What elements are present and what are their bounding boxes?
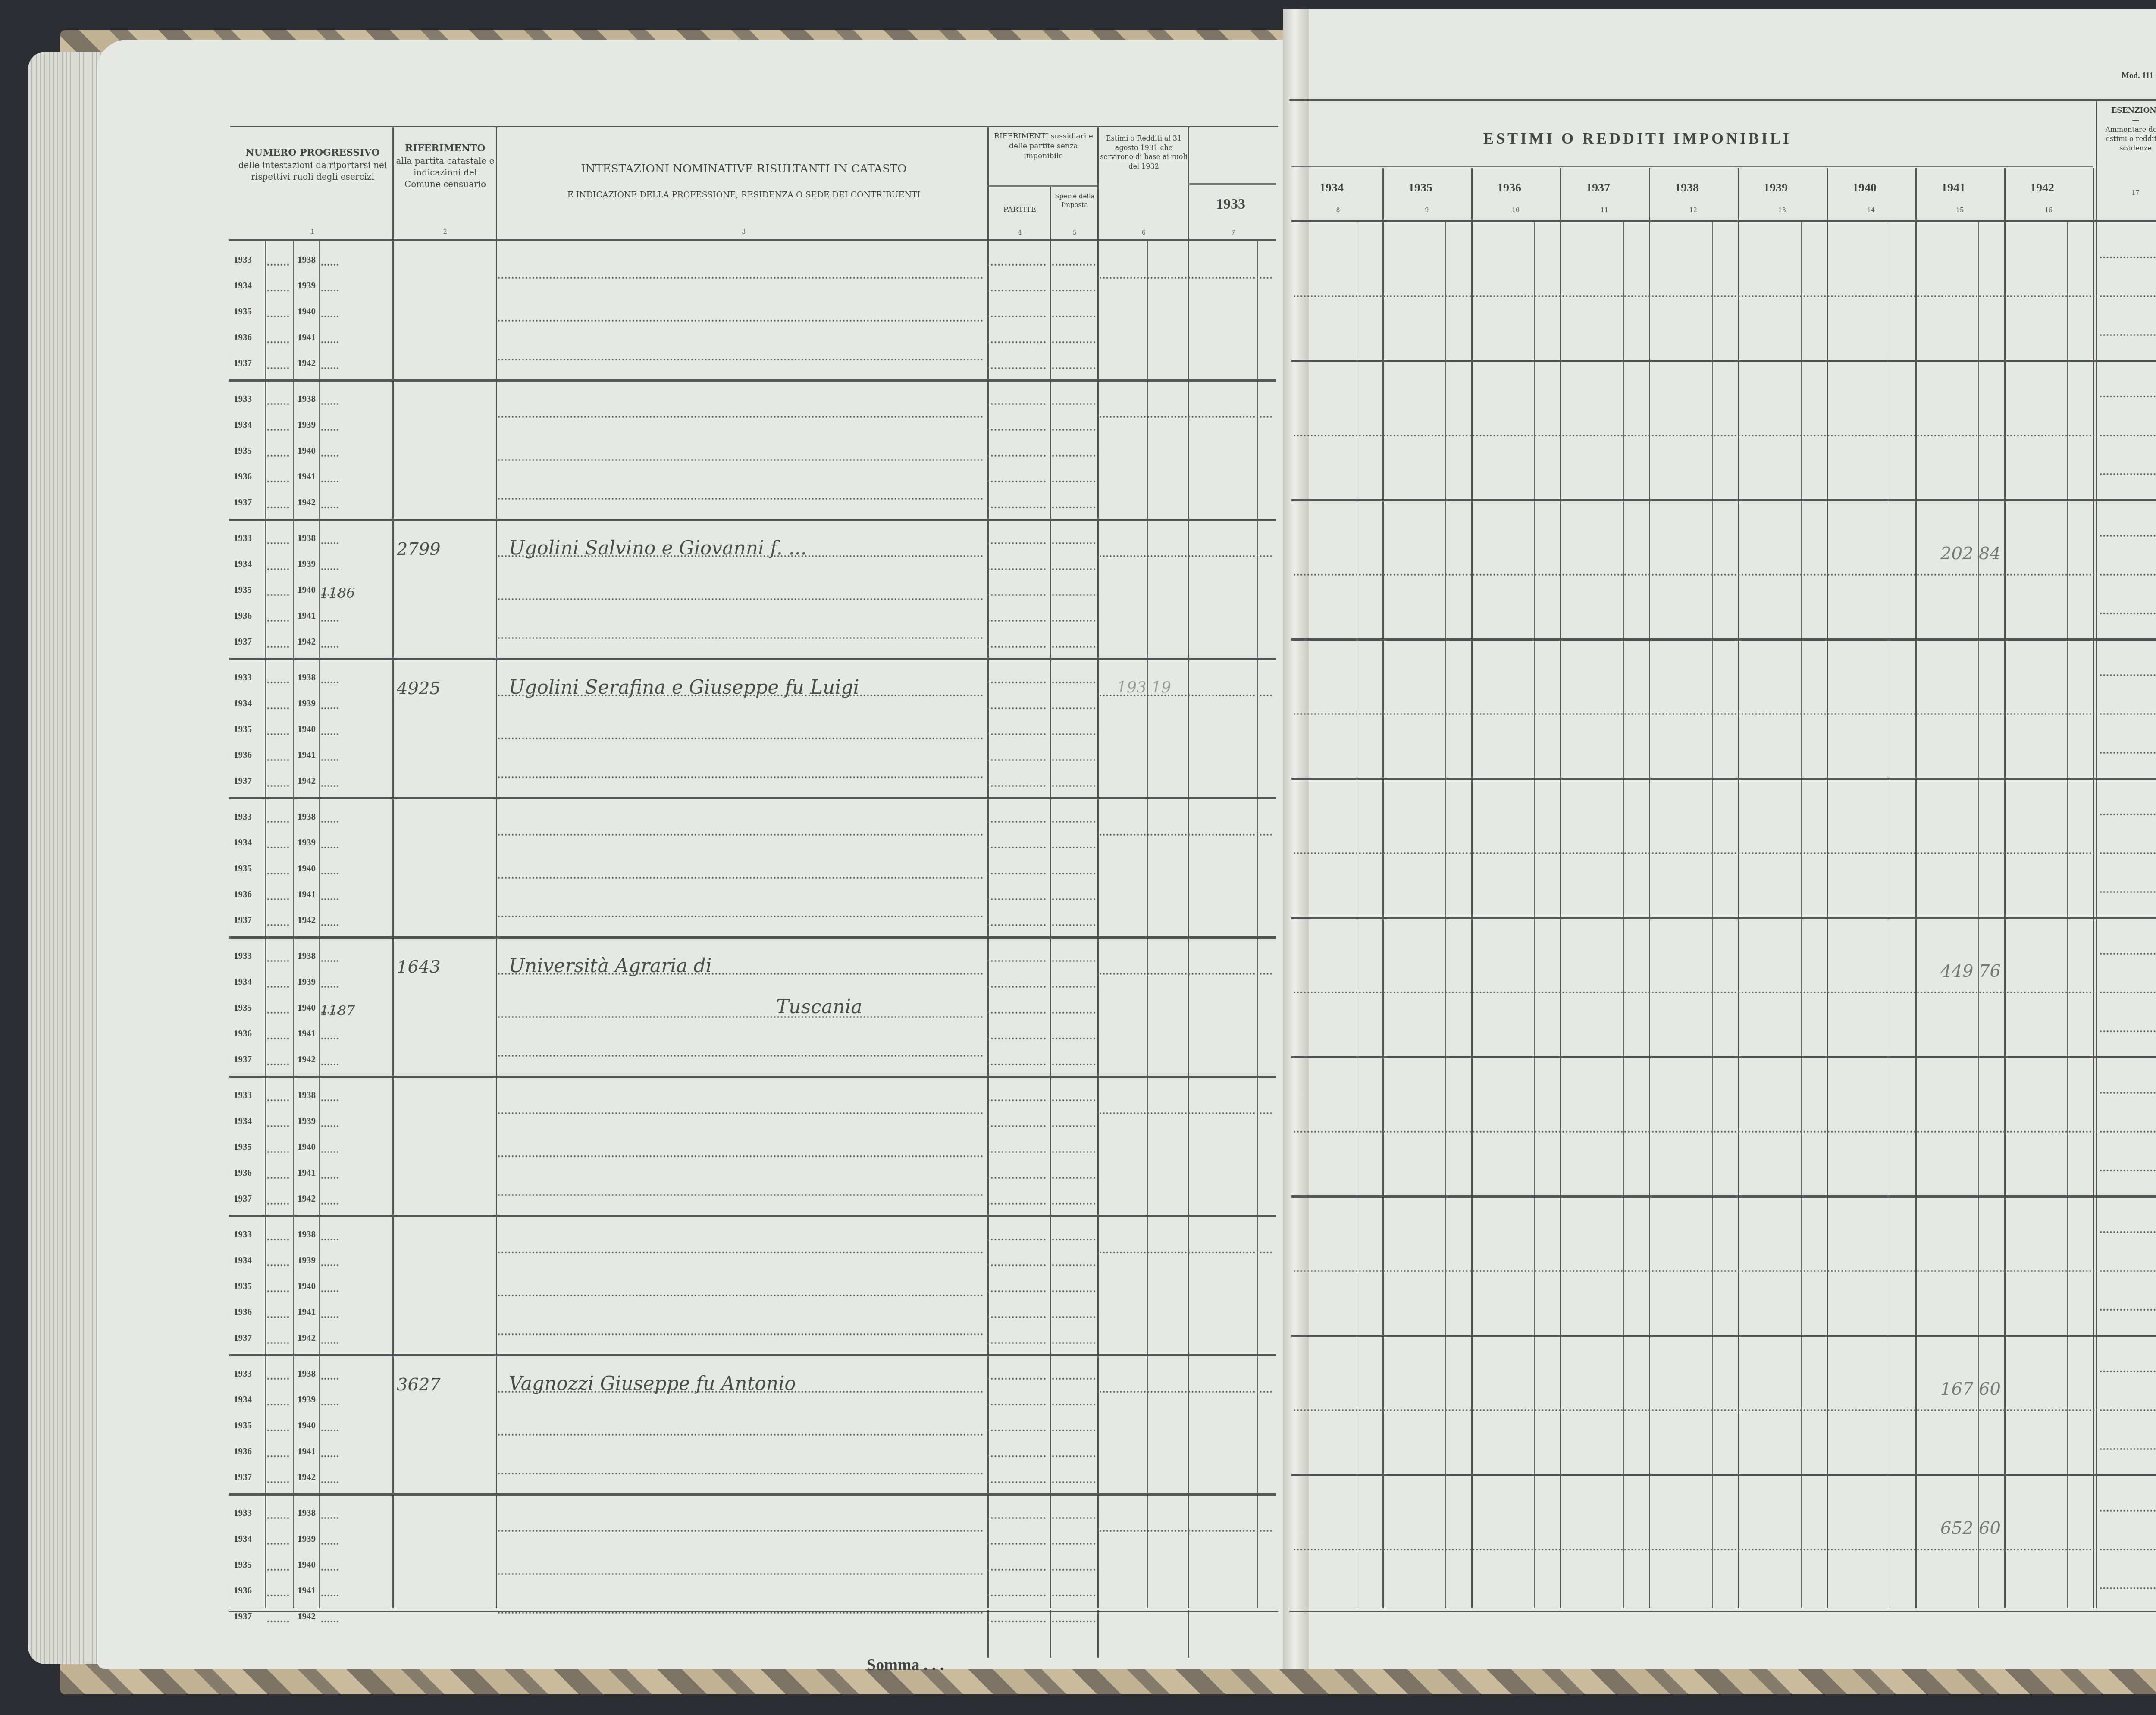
dotted-entry-line [321,403,338,405]
dotted-entry-line [987,1264,1046,1266]
dotted-entry-line [1052,341,1095,343]
year-label: 1942 [298,776,316,786]
dotted-entry-line [267,785,289,787]
year-label: 1936 [234,1028,252,1039]
year-label: 1939 [298,1394,316,1405]
dotted-entry-line [987,1378,1046,1380]
esenzioni-divider [2096,101,2097,1608]
amount-entry-line [1294,713,2096,715]
year-label: 1936 [234,1167,252,1178]
dotted-entry-line [1100,1252,1272,1253]
year-label: 1941 [298,889,316,900]
page-edges [28,52,106,1664]
dotted-entry-line [267,759,289,761]
record-separator [1291,360,2156,362]
form-label: Mod. 111 - Imposte Dirette (Intercalare)… [2122,71,2156,81]
dotted-entry-line [498,1016,983,1018]
partita-number: 4925 [397,679,441,698]
dotted-entry-line [1052,646,1095,648]
col3-title: INTESTAZIONI NOMINATIVE RISULTANTI IN CA… [500,162,987,177]
esenzioni-entry-line [2100,713,2156,715]
col3-number: 3 [500,228,987,235]
esenzioni-entry-line [2100,1587,2156,1589]
year-label: 1942 [298,1333,316,1343]
col-divider [1188,1610,1189,1658]
col17-number: 17 [2098,190,2156,197]
esenzioni-entry-line [2100,1231,2156,1233]
record-separator [1291,917,2156,919]
year-label: 1933 [234,254,252,265]
amount-entry-line [1294,992,2096,993]
dotted-entry-line [267,1064,289,1065]
record-block: 1933193819341939193519401936194119371942… [229,1355,1276,1495]
esenzioni-entry-line [2100,1270,2156,1272]
year-label: 1941 [298,332,316,343]
year-label: 1934 [234,1533,252,1544]
dotted-entry-line [321,759,338,761]
dotted-entry-line [1052,733,1095,735]
dotted-entry-line [987,290,1046,291]
record-separator [1291,499,2156,501]
record-block: 1933193819341939193519401936194119371942 [229,1216,1276,1355]
dotted-entry-line [987,455,1046,457]
esenzioni-entry-line [2100,891,2156,893]
year-label: 1937 [234,1611,252,1622]
dotted-entry-line [267,1543,289,1545]
year-label: 1941 [298,471,316,482]
year-label: 1933 [234,1229,252,1240]
year-label: 1936 [234,610,252,621]
dotted-entry-line [1052,507,1095,508]
dotted-entry-line [1052,1378,1095,1380]
dotted-entry-line [267,429,289,431]
dotted-entry-line [321,1099,338,1101]
year-label: 1938 [298,672,316,683]
dotted-entry-line [987,481,1046,482]
dotted-entry-line [498,1573,983,1575]
dotted-entry-line [267,290,289,291]
col-divider [1097,1610,1099,1658]
dotted-entry-line [267,1455,289,1457]
record-separator [1291,778,2156,780]
dotted-entry-line [498,1434,983,1436]
dotted-entry-line [987,264,1046,266]
dotted-entry-line [321,1378,338,1380]
year-column-header: 1937 [1586,181,1610,195]
dotted-entry-line [1100,555,1272,557]
taxpayer-name-line2: Tuscania [776,996,862,1018]
dotted-entry-line [1052,1290,1095,1292]
dotted-entry-line [498,776,983,778]
dotted-entry-line [987,1569,1046,1571]
dotted-entry-line [267,1595,289,1596]
dotted-entry-line [1052,1151,1095,1153]
dotted-entry-line [498,416,983,418]
dotted-entry-line [498,1252,983,1253]
dotted-entry-line [987,507,1046,508]
dotted-entry-line [1100,1530,1272,1532]
year-label: 1935 [234,306,252,317]
esenzioni-entry-line [2100,1549,2156,1550]
col4-header: PARTITE [990,205,1050,215]
dotted-entry-line [321,873,338,874]
dotted-entry-line [1052,898,1095,900]
amount-entry-line [1294,574,2096,576]
dotted-entry-line [1052,1543,1095,1545]
amount-entry-line [1294,852,2096,854]
dotted-entry-line [498,1194,983,1196]
col5-header: Specie della Imposta [1052,192,1097,210]
year-label: 1935 [234,724,252,735]
dotted-entry-line [321,1621,338,1622]
year-label: 1941 [298,1307,316,1318]
dotted-entry-line [498,359,983,360]
dotted-entry-line [498,1112,983,1114]
year-label: 1939 [298,837,316,848]
dotted-entry-line [1052,1481,1095,1483]
dotted-entry-line [267,1099,289,1101]
dotted-entry-line [1052,960,1095,962]
dotted-entry-line [321,646,338,648]
dotted-entry-line [498,1295,983,1296]
dotted-entry-line [498,598,983,600]
dotted-entry-line [267,455,289,457]
year-label: 1936 [234,332,252,343]
dotted-entry-line [321,620,338,622]
dotted-entry-line [321,1404,338,1405]
year-label: 1936 [234,471,252,482]
dotted-entry-line [987,898,1046,900]
dotted-entry-line [987,1239,1046,1240]
year-label: 1936 [234,889,252,900]
year-label: 1939 [298,1255,316,1266]
year-label: 1938 [298,533,316,544]
dotted-entry-line [987,1125,1046,1127]
dotted-entry-line [987,873,1046,874]
year-label: 1933 [234,394,252,404]
dotted-entry-line [321,1595,338,1596]
year-label: 1936 [234,1307,252,1318]
dotted-entry-line [267,620,289,622]
dotted-entry-line [1052,1569,1095,1571]
record-block: 1933193819341939193519401936194119371942 [229,1077,1276,1216]
esenzioni-entry-line [2100,574,2156,576]
dotted-entry-line [267,367,289,369]
dotted-entry-line [987,403,1046,405]
record-separator [1291,1195,2156,1198]
year-label: 1935 [234,1281,252,1292]
year-column-header: 1941 [1941,181,1965,195]
year-label: 1934 [234,1394,252,1405]
dotted-entry-line [267,1517,289,1519]
year-label: 1937 [234,1054,252,1065]
dotted-entry-line [321,1342,338,1344]
dotted-entry-line [321,1517,338,1519]
dotted-entry-line [1052,481,1095,482]
dotted-entry-line [267,403,289,405]
dotted-entry-line [498,1055,983,1057]
dotted-entry-line [1100,277,1272,279]
dotted-entry-line [267,1342,289,1344]
dotted-entry-line [987,646,1046,648]
year-label: 1942 [298,1611,316,1622]
year-label: 1935 [234,1142,252,1152]
dotted-entry-line [321,264,338,266]
dotted-entry-line [1052,1264,1095,1266]
year-label: 1939 [298,559,316,570]
year-label: 1936 [234,1585,252,1596]
dotted-entry-line [987,960,1046,962]
column-number: 15 [1915,207,2004,214]
dotted-entry-line [267,1481,289,1483]
record-separator [1291,638,2156,641]
dotted-entry-line [987,847,1046,848]
year-label: 1942 [298,1193,316,1204]
dotted-entry-line [321,542,338,544]
record-separator [1291,1474,2156,1476]
esenzioni-entry-line [2100,334,2156,336]
dotted-entry-line [987,1316,1046,1318]
riferimenti-group-header: RIFERIMENTI sussidiari e delle partite s… [990,131,1097,161]
dotted-entry-line [498,1530,983,1532]
esenzioni-entry-line [2100,535,2156,537]
dotted-entry-line [267,1151,289,1153]
dotted-entry-line [1052,429,1095,431]
esenzioni-entry-line [2100,295,2156,297]
dotted-entry-line [267,1569,289,1571]
year-column-header: 1938 [1675,181,1699,195]
esenzioni-entry-line [2100,752,2156,754]
esenzioni-entry-line [2100,852,2156,854]
dotted-entry-line [1052,1125,1095,1127]
year-label: 1940 [298,1559,316,1570]
dotted-entry-line [321,341,338,343]
year-col-divider [1471,168,1473,1608]
dotted-entry-line [267,1203,289,1205]
dotted-entry-line [267,1316,289,1318]
year-label: 1940 [298,863,316,874]
year-label: 1933 [234,1508,252,1518]
year-label: 1937 [234,1472,252,1483]
dotted-entry-line [987,1151,1046,1153]
dotted-entry-line [321,316,338,317]
year-label: 1939 [298,976,316,987]
year-column-header: 1936 [1497,181,1521,195]
dotted-entry-line [321,1125,338,1127]
year-label: 1941 [298,1028,316,1039]
taxpayer-name: Università Agraria di [509,955,712,977]
cents-divider [1712,222,1713,1608]
esenzioni-entry-line [2100,1170,2156,1171]
year-label: 1934 [234,1255,252,1266]
dotted-entry-line [987,682,1046,683]
dotted-entry-line [1052,1595,1095,1596]
dotted-entry-line [987,1404,1046,1405]
dotted-entry-line [321,1569,338,1571]
taxpayer-name: Vagnozzi Giuseppe fu Antonio [509,1373,796,1395]
col1-header: NUMERO PROGRESSIVOdelle intestazioni da … [233,147,392,183]
esenzioni-header: ESENZIONI—Ammontare degli estimi o reddi… [2098,106,2156,153]
dotted-entry-line [498,320,983,322]
dotted-entry-line [1052,290,1095,291]
dotted-entry-line [1100,416,1272,418]
dotted-entry-line [321,507,338,508]
dotted-entry-line [267,264,289,266]
dotted-entry-line [1052,1177,1095,1179]
dotted-entry-line [1052,873,1095,874]
dotted-entry-line [498,877,983,879]
amount-entry-line [1294,1270,2096,1272]
year-label: 1940 [298,585,316,595]
col-divider [1050,1610,1051,1658]
subheader-rule [987,185,1097,187]
esenzioni-entry-line [2100,473,2156,475]
dotted-entry-line [987,1621,1046,1622]
esenzioni-entry-line [2100,953,2156,955]
dotted-entry-line [321,1430,338,1431]
dotted-entry-line [321,1203,338,1205]
year-label: 1940 [298,1142,316,1152]
dotted-entry-line [1052,455,1095,457]
dotted-entry-line [1052,1517,1095,1519]
esenzioni-entry-line [2100,1371,2156,1372]
dotted-entry-line [321,821,338,823]
dotted-entry-line [1052,1404,1095,1405]
taxpayer-name: Ugolini Serafina e Giuseppe fu Luigi [509,676,859,698]
year-label: 1934 [234,976,252,987]
dotted-entry-line [321,682,338,683]
year-label: 1936 [234,1446,252,1457]
year-label: 1933 [234,533,252,544]
dotted-entry-line [987,594,1046,596]
dotted-entry-line [267,1378,289,1380]
cents-divider [1890,222,1890,1608]
dotted-entry-line [987,620,1046,622]
year-label: 1941 [298,1167,316,1178]
right-table-frame [1289,99,2156,1612]
cents-divider [1357,222,1357,1608]
year-label: 1933 [234,1090,252,1101]
dotted-entry-line [987,429,1046,431]
dotted-entry-line [321,785,338,787]
col-divider [987,1610,989,1658]
year-label: 1941 [298,610,316,621]
dotted-entry-line [987,1012,1046,1014]
dotted-entry-line [1052,924,1095,926]
dotted-entry-line [267,924,289,926]
dotted-entry-line [321,1038,338,1039]
year-col-divider [1827,168,1828,1608]
dotted-entry-line [1052,1316,1095,1318]
year-label: 1937 [234,636,252,647]
dotted-entry-line [321,1543,338,1545]
dotted-entry-line [321,1177,338,1179]
taxpayer-name: Ugolini Salvino e Giovanni f. ... [509,537,807,559]
esenzioni-entry-line [2100,1030,2156,1032]
year-label: 1936 [234,750,252,760]
col6-number: 6 [1100,229,1188,236]
column-number: 16 [2004,207,2093,214]
year-label: 1938 [298,254,316,265]
dotted-entry-line [987,568,1046,570]
year-label: 1933 [234,811,252,822]
dotted-entry-line [267,594,289,596]
dotted-entry-line [321,898,338,900]
dotted-entry-line [987,821,1046,823]
dotted-entry-line [1052,1239,1095,1240]
year-col-divider [2004,168,2006,1608]
dotted-entry-line [987,341,1046,343]
esenzioni-entry-line [2100,1131,2156,1133]
dotted-entry-line [321,1290,338,1292]
amount-1941: 202 84 [1940,544,2001,563]
amount-entry-line [1294,295,2096,297]
year-label: 1934 [234,837,252,848]
col3-subtitle: E INDICAZIONE DELLA PROFESSIONE, RESIDEN… [500,190,987,201]
year-label: 1934 [234,1116,252,1127]
dotted-entry-line [987,1455,1046,1457]
estimo-1931: 193 19 [1117,679,1171,696]
dotted-entry-line [267,821,289,823]
dotted-entry-line [987,785,1046,787]
year-column-header: 1934 [1319,181,1344,195]
dotted-entry-line [267,707,289,709]
dotted-entry-line [267,898,289,900]
year-label: 1940 [298,1281,316,1292]
year-label: 1939 [298,280,316,291]
year-label: 1937 [234,1333,252,1343]
dotted-entry-line [267,1038,289,1039]
dotted-entry-line [1052,1012,1095,1014]
dotted-entry-line [321,1064,338,1065]
dotted-entry-line [321,847,338,848]
year-label: 1937 [234,776,252,786]
amount-1941: 449 76 [1940,961,2001,981]
dotted-entry-line [498,1473,983,1474]
year-label: 1934 [234,419,252,430]
year-label: 1939 [298,1533,316,1544]
dotted-entry-line [321,290,338,291]
year-label: 1939 [298,698,316,709]
record-separator [1291,1056,2156,1058]
dotted-entry-line [1052,542,1095,544]
year-col-divider [2093,168,2094,1608]
record-block: 1933193819341939193519401936194119371942 [229,241,1276,381]
dotted-entry-line [267,507,289,508]
dotted-entry-line [267,960,289,962]
dotted-entry-line [987,707,1046,709]
amount-1941: 652 60 [1940,1518,2001,1538]
dotted-entry-line [1052,986,1095,988]
amount-entry-line [1294,1549,2096,1550]
year-label: 1942 [298,358,316,369]
dotted-entry-line [1052,594,1095,596]
cents-divider [1978,222,1979,1608]
dotted-entry-line [1052,785,1095,787]
dotted-entry-line [1052,1064,1095,1065]
amount-entry-line [1294,435,2096,436]
record-block: 1933193819341939193519401936194119371942… [229,938,1276,1077]
dotted-entry-line [1052,316,1095,317]
record-block: 1933193819341939193519401936194119371942… [229,659,1276,798]
dotted-entry-line [1100,1112,1272,1114]
dotted-entry-line [987,733,1046,735]
dotted-entry-line [1052,759,1095,761]
amount-1941: 167 60 [1940,1379,2001,1399]
year-col-divider [1649,168,1650,1608]
esenzioni-entry-line [2100,1510,2156,1512]
dotted-entry-line [321,1239,338,1240]
